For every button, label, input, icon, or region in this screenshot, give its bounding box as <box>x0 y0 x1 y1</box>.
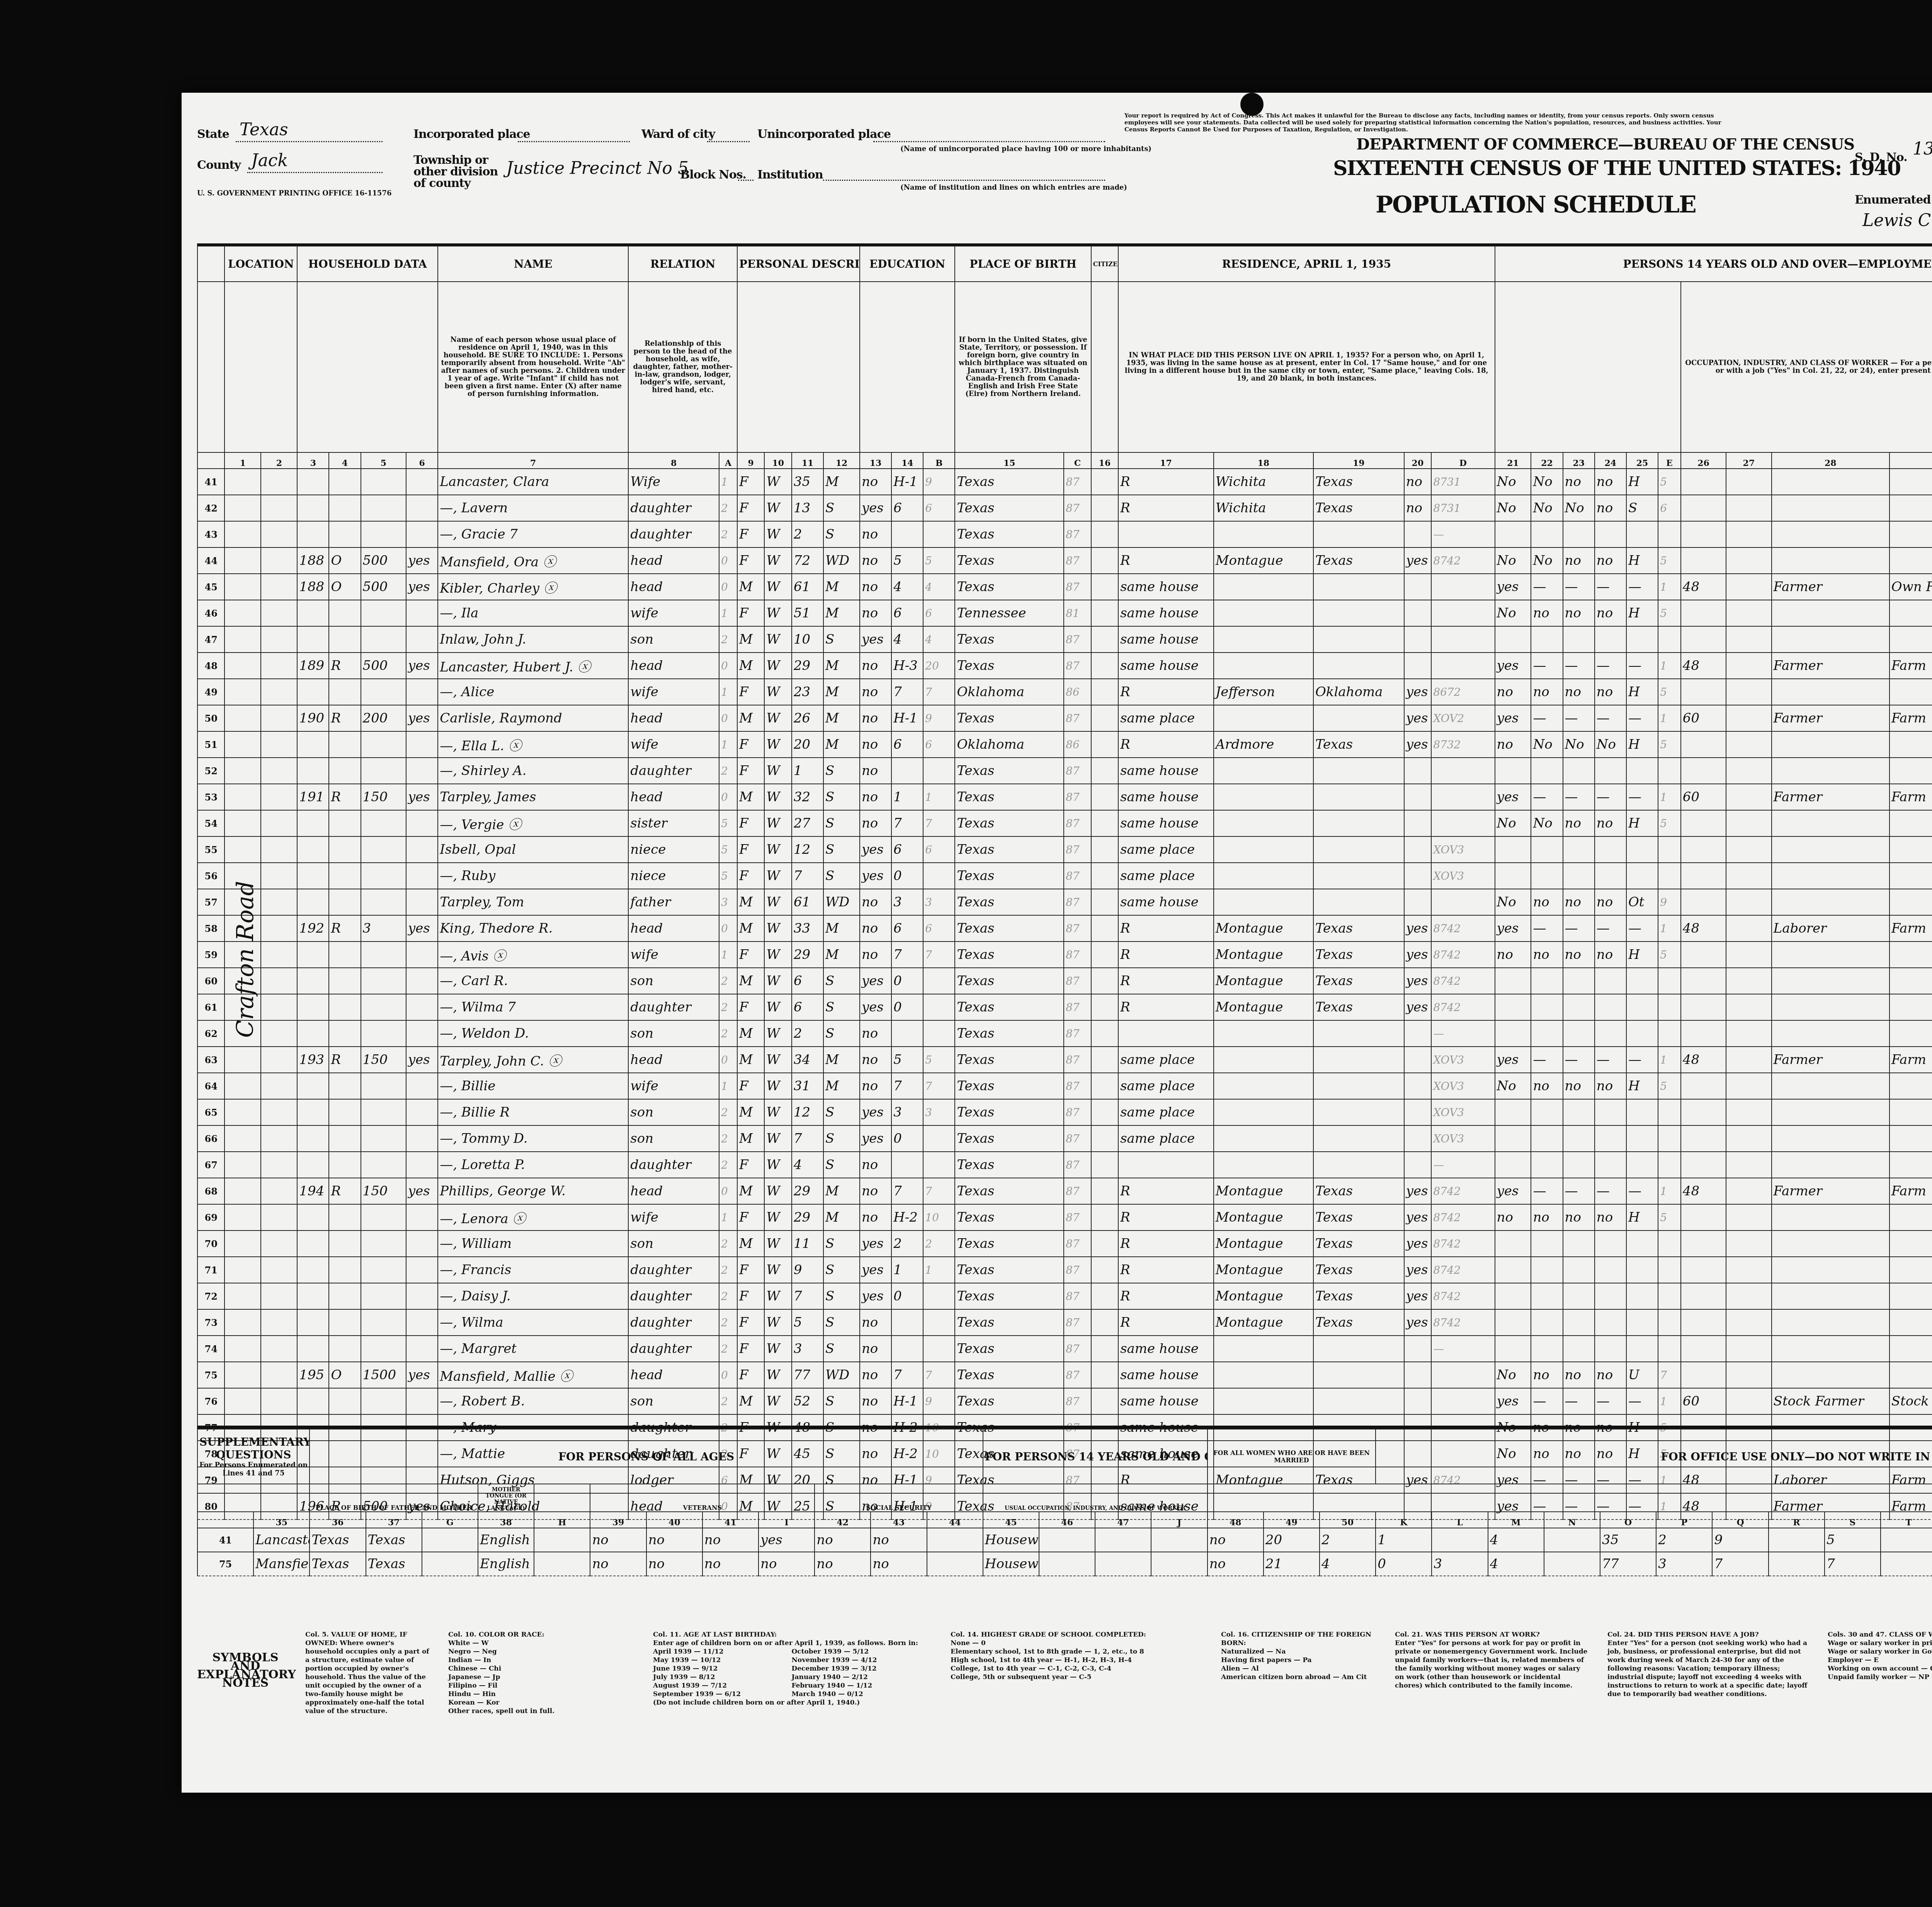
line-number: 51 <box>197 731 224 758</box>
cell-house <box>261 574 297 600</box>
cell-color: W <box>764 994 791 1020</box>
cell-street <box>224 1231 261 1257</box>
line-number: 71 <box>197 1257 224 1283</box>
cell-hh <box>297 1099 329 1125</box>
line-number: 59 <box>197 942 224 968</box>
cell-c22: No <box>1531 547 1563 574</box>
cell-occ <box>1772 1336 1889 1362</box>
cell-cit <box>1091 1047 1118 1073</box>
cell-grade: 6 <box>891 495 923 521</box>
supp-cell <box>1544 1552 1600 1576</box>
cell-c: 87 <box>1064 889 1091 915</box>
cell-street <box>224 521 261 547</box>
supp-cell: 4 <box>1488 1528 1544 1552</box>
note-col14-title: Col. 14. HIGHEST GRADE OF SCHOOL COMPLET… <box>951 1630 1202 1639</box>
cell-mar: M <box>823 1178 860 1204</box>
cell-house <box>261 521 297 547</box>
cell-e: 1 <box>1658 915 1681 942</box>
cell-street <box>224 1178 261 1204</box>
cell-r17: same place <box>1118 863 1214 889</box>
cell-age: 4 <box>792 1152 823 1178</box>
note-item: June 1939 — 9/12 <box>653 1664 785 1673</box>
cell-e <box>1658 1231 1681 1257</box>
cell-bp: Texas <box>955 626 1064 653</box>
desc-employment <box>1495 282 1681 452</box>
cell-own <box>329 1204 361 1231</box>
table-row: 71—, Francisdaughter2FW9Syes11Texas87RMo… <box>197 1257 1932 1283</box>
cell-grade: 4 <box>891 626 923 653</box>
line-number: 75 <box>197 1362 224 1388</box>
cell-occ: Farmer <box>1772 784 1889 810</box>
table-row: 55Isbell, Opalniece5FW12Syes66Texas87sam… <box>197 836 1932 863</box>
table-row: 53191R150yesTarpley, Jameshead0MW32Sno11… <box>197 784 1932 810</box>
cell-r17: same place <box>1118 836 1214 863</box>
cell-b: 7 <box>923 679 955 705</box>
cell-c27 <box>1726 600 1771 626</box>
cell-e <box>1658 1152 1681 1178</box>
cell-farm <box>406 942 438 968</box>
col-num-E: E <box>1658 452 1681 469</box>
supp-sub-h <box>534 1484 590 1512</box>
desc-relation: Relationship of this person to the head … <box>628 282 737 452</box>
note-item: April 1939 — 11/12 <box>653 1647 785 1656</box>
cell-c27 <box>1726 731 1771 758</box>
cell-sch: yes <box>860 994 891 1020</box>
cell-c: 87 <box>1064 863 1091 889</box>
cell-r20 <box>1404 600 1431 626</box>
cell-r18 <box>1214 863 1313 889</box>
cell-farm <box>406 1231 438 1257</box>
cell-c23: — <box>1563 574 1595 600</box>
cell-e: 1 <box>1658 574 1681 600</box>
cell-val <box>361 731 406 758</box>
cell-rel: son <box>628 1231 719 1257</box>
cell-cit <box>1091 810 1118 836</box>
supp-cell <box>1151 1552 1207 1576</box>
cell-a: 2 <box>719 1020 737 1047</box>
cell-sex: F <box>737 600 764 626</box>
cell-grade: 7 <box>891 1178 923 1204</box>
cell-cit <box>1091 731 1118 758</box>
cell-rel: niece <box>628 863 719 889</box>
cell-bp: Oklahoma <box>955 679 1064 705</box>
cell-sex: F <box>737 679 764 705</box>
cell-house <box>261 1388 297 1414</box>
table-row: 65—, Billie Rson2MW12Syes33Texas87same p… <box>197 1099 1932 1125</box>
cell-c23 <box>1563 1257 1595 1283</box>
cell-r17 <box>1118 1152 1214 1178</box>
cell-house <box>261 1309 297 1336</box>
cell-name: Kibler, Charley ⓧ <box>438 574 628 600</box>
table-row: 54—, Vergie ⓧsister5FW27Sno77Texas87same… <box>197 810 1932 836</box>
cell-farm: yes <box>406 784 438 810</box>
township-label: Township or other division of county <box>413 155 502 189</box>
cell-occ <box>1772 626 1889 653</box>
note-col30-list: Wage or salary worker in private work — … <box>1828 1639 1932 1681</box>
cell-age: 6 <box>792 968 823 994</box>
cell-c: 87 <box>1064 521 1091 547</box>
cell-occ: Farmer <box>1772 653 1889 679</box>
cell-own <box>329 863 361 889</box>
cell-c21 <box>1495 521 1531 547</box>
col-num-13: 13 <box>860 452 891 469</box>
cell-r19 <box>1313 600 1404 626</box>
cell-c23 <box>1563 968 1595 994</box>
cell-r20 <box>1404 889 1431 915</box>
cell-e <box>1658 1336 1681 1362</box>
cell-e: 1 <box>1658 1047 1681 1073</box>
cell-c25: — <box>1626 574 1658 600</box>
cell-c: 87 <box>1064 1336 1091 1362</box>
cell-bp: Oklahoma <box>955 731 1064 758</box>
state-label: State <box>197 127 229 141</box>
cell-sch: no <box>860 1178 891 1204</box>
cell-r18 <box>1214 1099 1313 1125</box>
cell-sex: M <box>737 574 764 600</box>
cell-r17 <box>1118 1020 1214 1047</box>
note-col11-title: Col. 11. AGE AT LAST BIRTHDAY: <box>653 1630 923 1639</box>
cell-rel: daughter <box>628 758 719 784</box>
cell-sch: no <box>860 942 891 968</box>
cell-a: 0 <box>719 705 737 731</box>
cell-b: 4 <box>923 574 955 600</box>
desc-birth: If born in the United States, give State… <box>955 282 1091 452</box>
cell-c21 <box>1495 1231 1531 1257</box>
cell-c: 87 <box>1064 1204 1091 1231</box>
cell-c21 <box>1495 1099 1531 1125</box>
cell-c23: no <box>1563 469 1595 495</box>
cell-r20: yes <box>1404 994 1431 1020</box>
cell-c27 <box>1726 889 1771 915</box>
cell-c26 <box>1681 1125 1726 1152</box>
cell-b: 10 <box>923 1204 955 1231</box>
line-number: 58 <box>197 915 224 942</box>
supp-col-num: 49 <box>1264 1512 1320 1528</box>
line-number: 72 <box>197 1283 224 1309</box>
col-num-10: 10 <box>764 452 791 469</box>
cell-r17: same house <box>1118 1388 1214 1414</box>
cell-c26 <box>1681 547 1726 574</box>
cell-val: 200 <box>361 705 406 731</box>
cell-c25: H <box>1626 547 1658 574</box>
cell-color: W <box>764 1178 791 1204</box>
cell-name: —, Gracie 7 <box>438 521 628 547</box>
line-number: 47 <box>197 626 224 653</box>
line-number: 57 <box>197 889 224 915</box>
supp-col-num: 48 <box>1207 1512 1264 1528</box>
note-item: Negro — Neg <box>448 1647 641 1656</box>
cell-cit <box>1091 1257 1118 1283</box>
cell-c27 <box>1726 1309 1771 1336</box>
cell-c27 <box>1726 784 1771 810</box>
cell-c21 <box>1495 1309 1531 1336</box>
cell-farm: yes <box>406 547 438 574</box>
table-row: 51—, Ella L. ⓧwife1FW20Mno66Oklahoma86RA… <box>197 731 1932 758</box>
cell-occ <box>1772 836 1889 863</box>
cell-e: 5 <box>1658 679 1681 705</box>
cell-mar: M <box>823 1204 860 1231</box>
supp-col-num: 42 <box>815 1512 871 1528</box>
cell-street <box>224 1047 261 1073</box>
cell-hh <box>297 1073 329 1099</box>
cell-c22 <box>1531 1231 1563 1257</box>
cell-r18: Montague <box>1214 942 1313 968</box>
cell-c26 <box>1681 758 1726 784</box>
cell-mar: WD <box>823 889 860 915</box>
cell-farm: yes <box>406 1178 438 1204</box>
note-item: Unpaid family worker — NP <box>1828 1673 1932 1681</box>
cell-ind: Farm <box>1889 653 1932 679</box>
cell-occ <box>1772 810 1889 836</box>
cell-mar: S <box>823 1231 860 1257</box>
supp-col-num: 41 <box>702 1512 759 1528</box>
cell-bp: Texas <box>955 1178 1064 1204</box>
cell-mar: M <box>823 915 860 942</box>
cell-cit <box>1091 1388 1118 1414</box>
cell-r18 <box>1214 574 1313 600</box>
col-num-18: 18 <box>1214 452 1313 469</box>
cell-c26: 48 <box>1681 653 1726 679</box>
cell-c23 <box>1563 863 1595 889</box>
cell-r20 <box>1404 1099 1431 1125</box>
cell-c22 <box>1531 1257 1563 1283</box>
group-relation: RELATION <box>628 246 737 282</box>
cell-a: 0 <box>719 547 737 574</box>
cell-r20: yes <box>1404 1178 1431 1204</box>
col-num-17: 17 <box>1118 452 1214 469</box>
cell-c25: U <box>1626 1362 1658 1388</box>
col-num-C: C <box>1064 452 1091 469</box>
cell-r18 <box>1214 1362 1313 1388</box>
cell-sex: M <box>737 653 764 679</box>
table-row: 44188O500yesMansfield, Ora ⓧhead0FW72WDn… <box>197 547 1932 574</box>
cell-cit <box>1091 915 1118 942</box>
cell-street <box>224 679 261 705</box>
cell-c26: 48 <box>1681 1047 1726 1073</box>
table-row: 76—, Robert B.son2MW52SnoH-19Texas87same… <box>197 1388 1932 1414</box>
cell-farm <box>406 1309 438 1336</box>
supp-col-num: S <box>1825 1512 1881 1528</box>
cell-color: W <box>764 1336 791 1362</box>
cell-c25 <box>1626 1231 1658 1257</box>
cell-grade: 0 <box>891 1125 923 1152</box>
cell-street <box>224 836 261 863</box>
cell-c23 <box>1563 1152 1595 1178</box>
supp-sub-ss: SOCIAL SECURITY <box>815 1484 983 1512</box>
cell-house <box>261 1204 297 1231</box>
line-number: 76 <box>197 1388 224 1414</box>
cell-grade: 7 <box>891 942 923 968</box>
cell-color: W <box>764 1388 791 1414</box>
note-item: September 1939 — 6/12 <box>653 1690 785 1698</box>
supp-cell <box>1881 1552 1932 1576</box>
col-num-22: 22 <box>1531 452 1563 469</box>
cell-c23: — <box>1563 1388 1595 1414</box>
supp-col-num: M <box>1488 1512 1544 1528</box>
cell-c23: no <box>1563 1073 1595 1099</box>
cell-c21: No <box>1495 469 1531 495</box>
cell-bp: Texas <box>955 1231 1064 1257</box>
cell-cit <box>1091 521 1118 547</box>
cell-grade: 6 <box>891 836 923 863</box>
col-num-16: 16 <box>1091 452 1118 469</box>
line-number: 46 <box>197 600 224 626</box>
cell-a: 2 <box>719 1099 737 1125</box>
col-num-D: D <box>1431 452 1495 469</box>
cell-sex: M <box>737 1125 764 1152</box>
cell-mar: S <box>823 836 860 863</box>
cell-b: 9 <box>923 1388 955 1414</box>
col-num-B: B <box>923 452 955 469</box>
cell-a: 1 <box>719 679 737 705</box>
cell-e: 6 <box>1658 495 1681 521</box>
cell-sex: M <box>737 968 764 994</box>
cell-occ <box>1772 1283 1889 1309</box>
cell-mar: S <box>823 521 860 547</box>
cell-c24: No <box>1595 731 1626 758</box>
cell-c22 <box>1531 863 1563 889</box>
cell-mar: S <box>823 1125 860 1152</box>
cell-occ <box>1772 547 1889 574</box>
table-row: 67—, Loretta P.daughter2FW4SnoTexas87—67 <box>197 1152 1932 1178</box>
table-row: 57Tarpley, Tomfather3MW61WDno33Texas87sa… <box>197 889 1932 915</box>
supp-cell: 0 <box>1376 1552 1432 1576</box>
cell-c22 <box>1531 1283 1563 1309</box>
cell-c: 87 <box>1064 1178 1091 1204</box>
cell-grade: 6 <box>891 915 923 942</box>
cell-b: 3 <box>923 1099 955 1125</box>
cell-d: XOV3 <box>1431 1047 1495 1073</box>
cell-hh <box>297 994 329 1020</box>
cell-age: 9 <box>792 1257 823 1283</box>
cell-sch: no <box>860 1020 891 1047</box>
cell-sex: F <box>737 758 764 784</box>
cell-bp: Texas <box>955 758 1064 784</box>
cell-c: 87 <box>1064 1362 1091 1388</box>
cell-sex: M <box>737 1231 764 1257</box>
cell-c26 <box>1681 1020 1726 1047</box>
supp-subgroup-row: PLACE OF BIRTH OF FATHER AND MOTHER MOTH… <box>197 1484 1932 1512</box>
cell-c25 <box>1626 1152 1658 1178</box>
cell-mar: M <box>823 679 860 705</box>
cell-hh: 195 <box>297 1362 329 1388</box>
cell-sex: M <box>737 889 764 915</box>
cell-rel: son <box>628 1388 719 1414</box>
cell-occ <box>1772 1257 1889 1283</box>
cell-r19 <box>1313 1125 1404 1152</box>
cell-own: R <box>329 1047 361 1073</box>
cell-farm: yes <box>406 915 438 942</box>
cell-r18: Montague <box>1214 1204 1313 1231</box>
cell-name: —, Francis <box>438 1257 628 1283</box>
cell-rel: son <box>628 1099 719 1125</box>
cell-rel: father <box>628 889 719 915</box>
cell-name: Mansfield, Mallie ⓧ <box>438 1362 628 1388</box>
col-num-23: 23 <box>1563 452 1595 469</box>
cell-c: 87 <box>1064 1020 1091 1047</box>
cell-grade: 7 <box>891 679 923 705</box>
cell-val <box>361 1204 406 1231</box>
note-col24-title: Col. 24. DID THIS PERSON HAVE A JOB? <box>1607 1630 1808 1639</box>
schedule-title: POPULATION SCHEDULE <box>1376 191 1696 218</box>
cell-name: —, Alice <box>438 679 628 705</box>
county-value: Jack <box>251 151 288 170</box>
cell-ind <box>1889 1125 1932 1152</box>
cell-c26: 60 <box>1681 1388 1726 1414</box>
cell-rel: head <box>628 705 719 731</box>
note-col11-list: April 1939 — 11/12May 1939 — 10/12June 1… <box>653 1647 923 1698</box>
cell-color: W <box>764 836 791 863</box>
note-item: Working on own account — OA <box>1828 1664 1932 1673</box>
cell-c23: — <box>1563 1178 1595 1204</box>
cell-b: 7 <box>923 810 955 836</box>
supp-col-num: J <box>1151 1512 1207 1528</box>
cell-c26 <box>1681 626 1726 653</box>
cell-occ: Farmer <box>1772 1047 1889 1073</box>
cell-r17: same place <box>1118 705 1214 731</box>
cell-val <box>361 1257 406 1283</box>
cell-r20 <box>1404 784 1431 810</box>
group-birth: PLACE OF BIRTH <box>955 246 1091 282</box>
cell-c21: No <box>1495 495 1531 521</box>
cell-r17: R <box>1118 495 1214 521</box>
cell-r18: Montague <box>1214 1283 1313 1309</box>
cell-house <box>261 836 297 863</box>
cell-c: 87 <box>1064 574 1091 600</box>
cell-color: W <box>764 1362 791 1388</box>
cell-r18: Montague <box>1214 915 1313 942</box>
line-number: 44 <box>197 547 224 574</box>
cell-b: 6 <box>923 915 955 942</box>
cell-ind <box>1889 495 1932 521</box>
cell-rel: wife <box>628 731 719 758</box>
cell-grade <box>891 1336 923 1362</box>
cell-occ: Farmer <box>1772 705 1889 731</box>
cell-grade: 4 <box>891 574 923 600</box>
cell-ind <box>1889 1020 1932 1047</box>
cell-c23: No <box>1563 495 1595 521</box>
cell-c27 <box>1726 626 1771 653</box>
cell-color: W <box>764 574 791 600</box>
cell-street <box>224 1073 261 1099</box>
cell-farm <box>406 758 438 784</box>
cell-rel: daughter <box>628 1152 719 1178</box>
cell-street <box>224 1257 261 1283</box>
cell-bp: Texas <box>955 784 1064 810</box>
cell-sch: yes <box>860 863 891 889</box>
cell-c25 <box>1626 1099 1658 1125</box>
supp-title-text: SUPPLEMENTARY QUESTIONS <box>199 1436 308 1461</box>
cell-rel: daughter <box>628 1336 719 1362</box>
cell-own <box>329 994 361 1020</box>
cell-hh: 192 <box>297 915 329 942</box>
cell-rel: daughter <box>628 1283 719 1309</box>
cell-occ <box>1772 1231 1889 1257</box>
cell-c27 <box>1726 810 1771 836</box>
cell-c: 86 <box>1064 731 1091 758</box>
cell-val <box>361 521 406 547</box>
line-number: 42 <box>197 495 224 521</box>
cell-grade: 7 <box>891 1073 923 1099</box>
cell-r17: same house <box>1118 574 1214 600</box>
note-item: Naturalized — Na <box>1221 1647 1383 1656</box>
note-col24-text: Enter "Yes" for a person (not seeking wo… <box>1607 1639 1808 1698</box>
cell-a: 5 <box>719 863 737 889</box>
cell-d: — <box>1431 521 1495 547</box>
table-row: 66—, Tommy D.son2MW7Syes0Texas87same pla… <box>197 1125 1932 1152</box>
cell-grade: 6 <box>891 600 923 626</box>
cell-mar: S <box>823 1336 860 1362</box>
